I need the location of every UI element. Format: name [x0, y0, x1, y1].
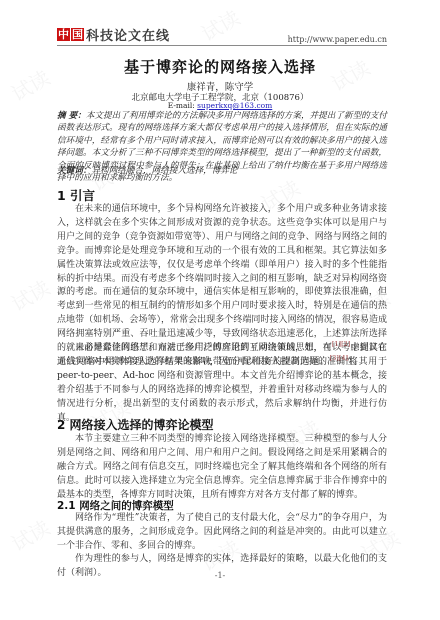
p2-text: 目前博弈论的思想和方法已经广泛的应用到了网络领域，如，在 — [75, 343, 332, 353]
section-1-paragraph-2: 目前博弈论的思想和方法已经广泛的应用到了网络领域，如，在[1][2]中提议在无线… — [57, 342, 387, 425]
paper-page: 试读 试读 试读 试读 试读 试读 试读 试读 试读 试读 试读 试读 试读 中… — [0, 0, 440, 620]
section-1-heading: 1 引言 — [57, 186, 95, 204]
citation-ref[interactable]: [3][4] — [330, 354, 348, 362]
logo-char-box: 中 — [57, 28, 70, 41]
paper-title: 基于博弈论的网络接入选择 — [0, 56, 440, 77]
site-url-link[interactable]: http://www.paper.edu.cn — [288, 35, 387, 44]
keywords-text: 异构网络融合，网络接入选择，博弈论 — [91, 166, 237, 176]
abstract-label: 摘 要： — [57, 111, 86, 121]
site-logo: 中 国 科技论文在线 — [57, 25, 170, 44]
email-label: E-mail: — [168, 101, 195, 110]
section-2-heading: 2 网络接入选择的博弈论模型 — [57, 416, 214, 433]
keywords-line: 关键词：异构网络融合，网络接入选择，博弈论 — [57, 165, 387, 177]
section-2-paragraph-1: 本节主要建立三种不同类型的博弈论接入网络选择模型。三种模型的参与人分别是网络之间… — [57, 433, 387, 503]
section-2-1-paragraph-1: 网络作为“理性”决策者，为了使自己的支付最大化，会“尽力”的争夺用户，为其提供满… — [57, 512, 387, 554]
email-link[interactable]: superkxq@163.com — [197, 101, 272, 110]
watermark: 试读 — [5, 512, 54, 557]
watermark: 试读 — [5, 272, 54, 317]
page-number: -1- — [0, 571, 440, 580]
page-header: 中 国 科技论文在线 http://www.paper.edu.cn — [57, 26, 387, 46]
keywords-label: 关键词： — [57, 166, 91, 176]
email-line: E-mail: superkxq@163.com — [0, 101, 440, 110]
logo-char-box: 国 — [71, 28, 84, 41]
logo-text: 科技论文在线 — [86, 25, 170, 44]
section-2-1-heading: 2.1 网络之间的博弈模型 — [57, 498, 174, 513]
citation-ref[interactable]: [1][2] — [332, 340, 350, 348]
